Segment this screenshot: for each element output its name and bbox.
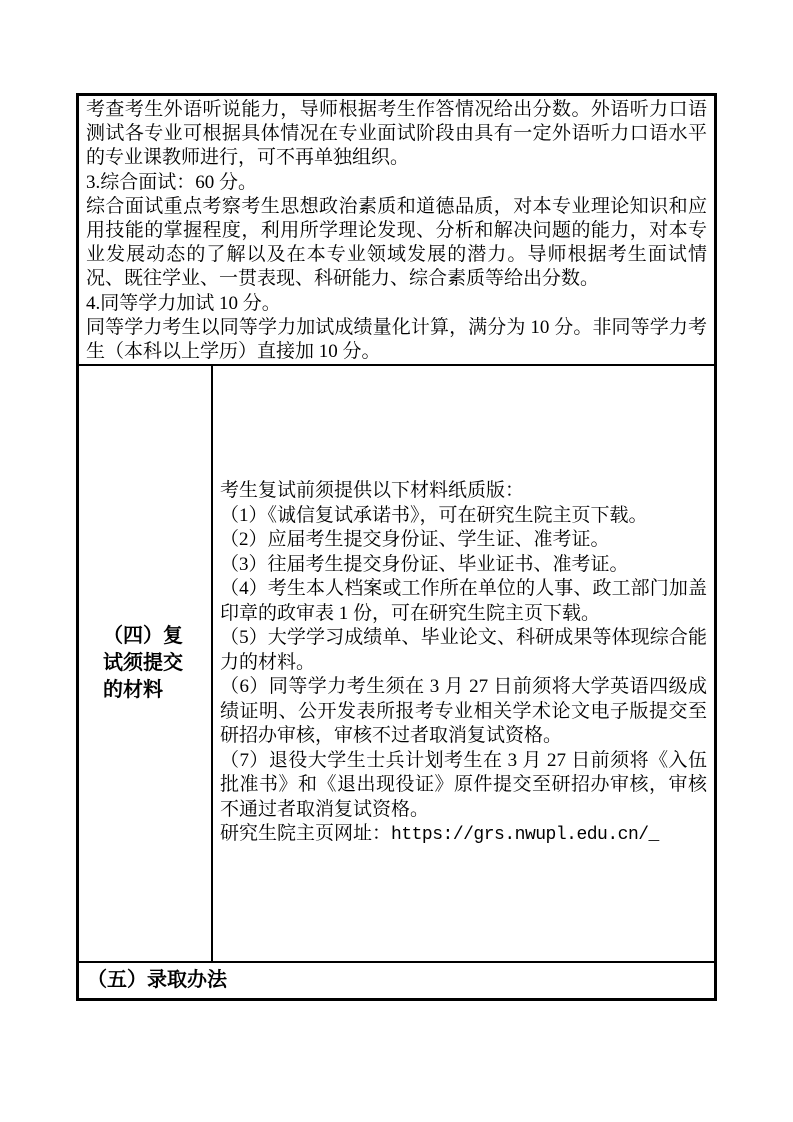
foreign-language-test-note: 考查考生外语听说能力，导师根据考生作答情况给出分数。外语听力口语测试各专业可根据… — [86, 98, 707, 171]
materials-item: （4）考生本人档案或工作所在单位的人事、政工部门加盖印章的政审表 1 份，可在研… — [220, 577, 707, 626]
materials-item: （2）应届考生提交身份证、学生证、准考证。 — [220, 528, 707, 553]
materials-item: （5）大学学习成绩单、毕业论文、科研成果等体现综合能力的材料。 — [220, 626, 707, 675]
materials-content-cell: 考生复试前须提供以下材料纸质版： （1）《诚信复试承诺书》，可在研究生院主页下载… — [213, 366, 714, 961]
materials-item: （7）退役大学生士兵计划考生在 3 月 27 日前须将《入伍批准书》和《退出现役… — [220, 749, 707, 823]
scoring-rules-cell: 考查考生外语听说能力，导师根据考生作答情况给出分数。外语听力口语测试各专业可根据… — [79, 96, 714, 366]
materials-item: （6）同等学力考生须在 3 月 27 日前须将大学英语四级成绩证明、公开发表所报… — [220, 675, 707, 749]
materials-item: （3）往届考生提交身份证、毕业证书、准考证。 — [220, 553, 707, 578]
homepage-label: 研究生院主页网址： — [220, 823, 391, 844]
materials-item: （1）《诚信复试承诺书》，可在研究生院主页下载。 — [220, 504, 707, 529]
materials-section-label: （四）复试须提交的材料 — [103, 623, 187, 704]
equivalent-education-test-score: 4.同等学力加试 10 分。 — [86, 292, 707, 316]
grs-homepage-url: https://grs.nwupl.edu.cn/_ — [391, 825, 659, 845]
materials-intro: 考生复试前须提供以下材料纸质版： — [220, 479, 707, 504]
equivalent-education-test-note: 同等学力考生以同等学力加试成绩量化计算，满分为 10 分。非同等学力考生（本科以… — [86, 316, 707, 364]
comprehensive-interview-score: 3.综合面试：60 分。 — [86, 171, 707, 195]
reexamination-table: 考查考生外语听说能力，导师根据考生作答情况给出分数。外语听力口语测试各专业可根据… — [76, 93, 717, 1001]
materials-label-cell: （四）复试须提交的材料 — [79, 366, 213, 961]
admission-row: （五）录取办法 — [79, 963, 714, 998]
homepage-line: 研究生院主页网址：https://grs.nwupl.edu.cn/_ — [220, 822, 707, 848]
comprehensive-interview-note: 综合面试重点考察考生思想政治素质和道德品质，对本专业理论知识和应用技能的掌握程度… — [86, 195, 707, 292]
document-page: 考查考生外语听说能力，导师根据考生作答情况给出分数。外语听力口语测试各专业可根据… — [0, 0, 793, 1122]
materials-row: （四）复试须提交的材料 考生复试前须提供以下材料纸质版： （1）《诚信复试承诺书… — [79, 366, 714, 963]
admission-section-label: （五）录取办法 — [87, 967, 227, 994]
